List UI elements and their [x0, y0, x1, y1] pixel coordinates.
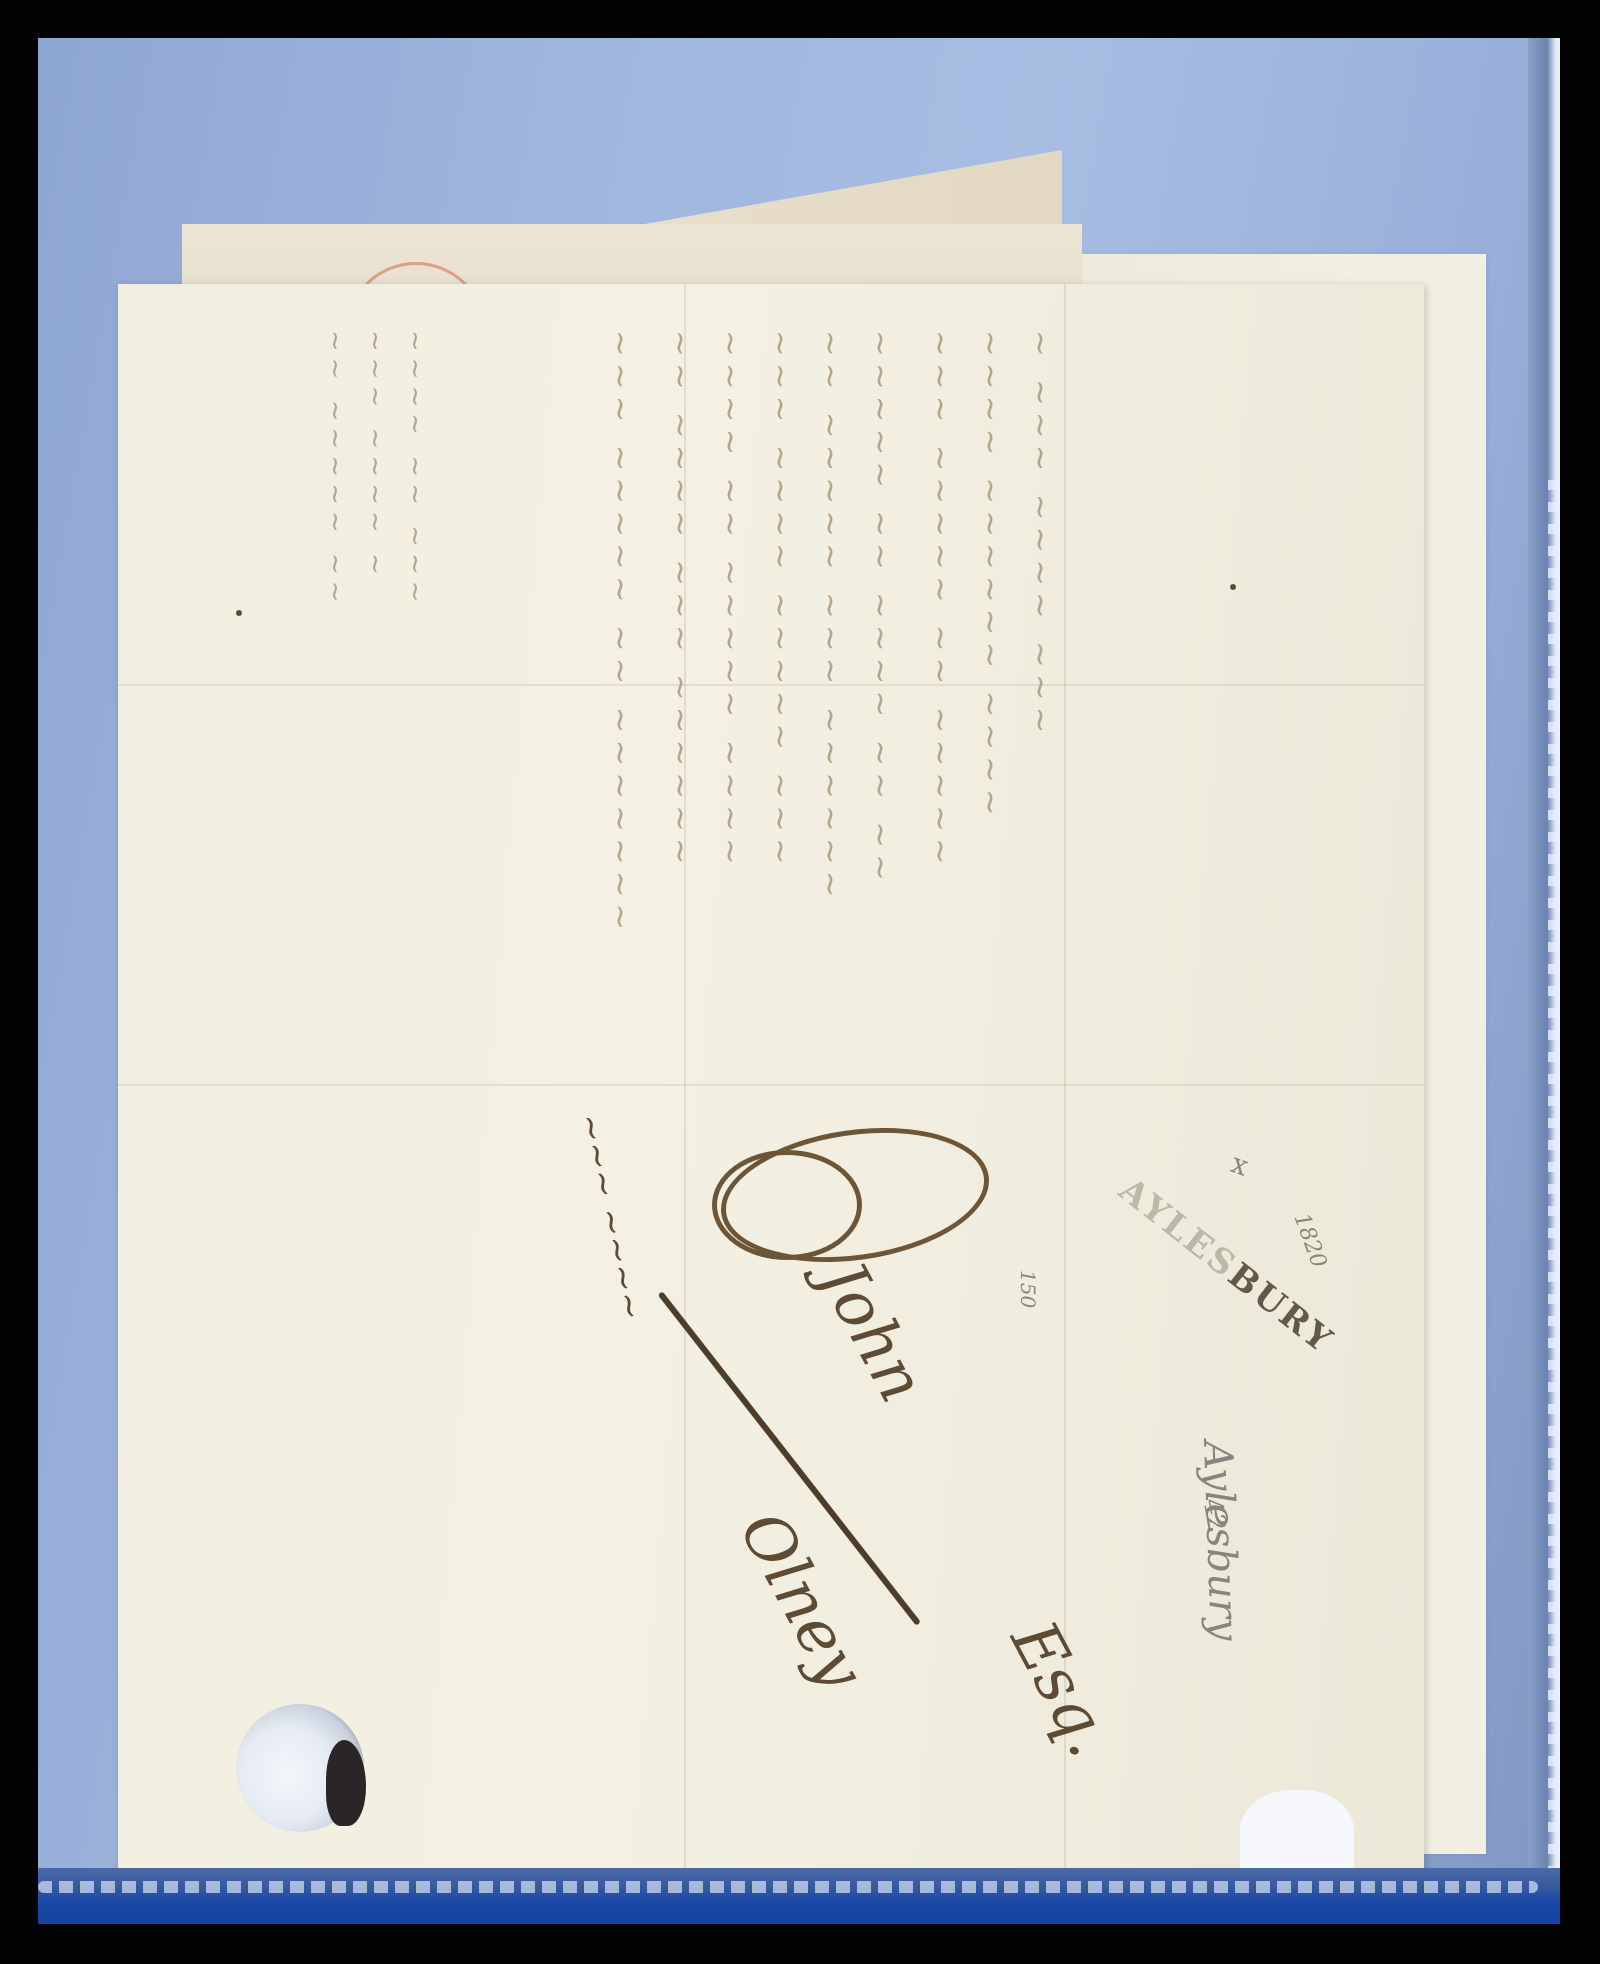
pencil-note-town: Aylesbury — [1194, 1440, 1247, 1641]
bleed-through-text: ~~ ~~~~~ ~~~ ~~~~~~ — [812, 330, 850, 904]
bleed-through-text: ~~~~ ~~~~~~ ~~~~ — [972, 330, 1010, 822]
rate-mark: 150 — [1016, 1270, 1040, 1308]
bleed-through-text: ~~~ ~~~~ ~~~~~ ~~~ — [762, 330, 800, 871]
sleeve-bottom-strip — [38, 1868, 1560, 1924]
pencil-note-number: 42 — [1196, 1496, 1231, 1534]
manuscript-rate-8-loop — [712, 1150, 862, 1260]
bleed-through-text: ~~~~ ~~ ~~~ — [400, 330, 430, 609]
bleed-through-text: ~~~~ ~~ ~~~~~ ~~~~ — [712, 330, 750, 871]
sleeve-perforations-horizontal — [38, 1881, 1538, 1893]
bleed-through-text: ~~~ ~~~~~ ~~ ~~~~~~~ — [602, 330, 640, 936]
ink-dot — [1230, 584, 1236, 590]
bleed-through-text: ~~~ ~~~~~ ~~ ~~~~~ — [922, 330, 960, 871]
bleed-through-text: ~~~~~ ~~ ~~~~ ~~ ~~ — [862, 330, 900, 887]
bleed-through-text: ~ ~~~ ~~~~ ~~~ — [1022, 330, 1060, 739]
sleeve-perforations-vertical — [1548, 480, 1560, 1900]
bleed-through-text: ~~ ~~~~ ~~~ ~~~~~~ — [662, 330, 700, 871]
bleed-through-text: ~~ ~~~~~ ~~ — [320, 330, 350, 609]
ink-dot — [236, 610, 242, 616]
torn-notch — [1240, 1790, 1354, 1880]
bleed-through-text: ~~~ ~~~~ ~ — [360, 330, 390, 581]
fold-line — [118, 1084, 1424, 1086]
